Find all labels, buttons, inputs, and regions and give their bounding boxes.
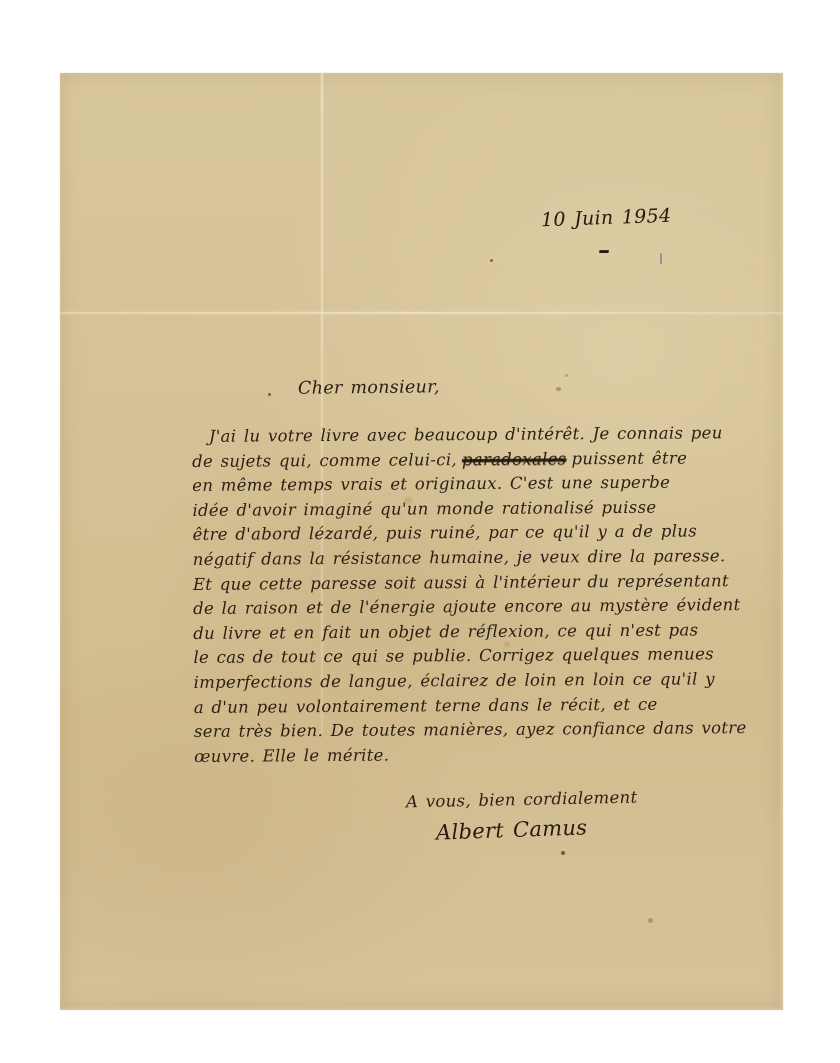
letter-line-text: puissent être <box>571 448 687 468</box>
closing-line: A vous, bien cordialement <box>406 788 638 812</box>
ink-speck <box>490 259 493 262</box>
date-underline-mark: – <box>598 235 610 264</box>
letter-line: de la raison et de l'énergie ajoute enco… <box>193 593 753 622</box>
blue-ink-tick <box>660 253 662 264</box>
signature: Albert Camus <box>436 815 588 844</box>
date-line: 10 Juin 1954 <box>541 205 672 232</box>
letter-line-text: de sujets qui, comme celui-ci, <box>192 450 457 471</box>
letter-line: imperfections de langue, éclairez de loi… <box>194 667 754 696</box>
letter-line: sera très bien. De toutes manières, ayez… <box>194 716 754 745</box>
letter-line: en même temps vrais et originaux. C'est … <box>192 470 752 499</box>
ink-speck <box>561 851 565 855</box>
foxing-spot <box>565 374 568 377</box>
letter-body: J'ai lu votre livre avec beaucoup d'inté… <box>192 421 754 769</box>
fold-line-horizontal <box>60 312 783 314</box>
struck-word: paradoxales <box>462 449 567 469</box>
ink-speck <box>268 393 271 396</box>
letter-line: négatif dans la résistance humaine, je v… <box>193 544 753 573</box>
letter-line: œuvre. Elle le mérite. <box>194 741 754 770</box>
letter-line: J'ai lu votre livre avec beaucoup d'inté… <box>192 421 752 450</box>
letter-page: 10 Juin 1954 – Cher monsieur, J'ai lu vo… <box>60 73 783 1010</box>
foxing-spot <box>556 387 561 391</box>
salutation: Cher monsieur, <box>298 377 440 398</box>
foxing-spot <box>648 918 653 923</box>
